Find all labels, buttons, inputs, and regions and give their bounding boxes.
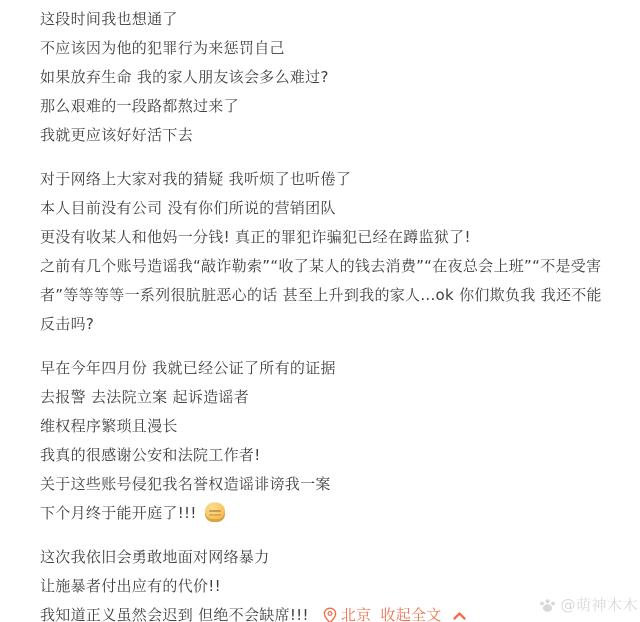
location-label[interactable]: 北京 xyxy=(341,601,372,622)
closing-text: 我知道正义虽然会迟到 但绝不会缺席!!! xyxy=(40,601,309,622)
post-line: 如果放弃生命 我的家人朋友该会多么难过? xyxy=(40,63,614,92)
paragraph-2: 对于网络上大家对我的猜疑 我听烦了也听倦了 本人目前没有公司 没有你们所说的营销… xyxy=(40,165,614,339)
collapse-full-text-button[interactable]: 收起全文 xyxy=(380,601,441,622)
post-line: 不应该因为他的犯罪行为来惩罚自己 xyxy=(40,34,614,63)
post-line: 本人目前没有公司 没有你们所说的营销团队 xyxy=(40,194,614,223)
paragraph-3: 早在今年四月份 我就已经公证了所有的证据 去报警 去法院立案 起诉造谣者 维权程… xyxy=(40,354,614,528)
paw-icon xyxy=(538,596,557,614)
watermark: @萌神木木 xyxy=(538,594,638,615)
chevron-up-icon[interactable] xyxy=(452,610,467,622)
post-line: 对于网络上大家对我的猜疑 我听烦了也听倦了 xyxy=(40,165,614,194)
post-line: 维权程序繁琐且漫长 xyxy=(40,412,614,441)
post-line: 这段时间我也想通了 xyxy=(40,5,614,34)
post-line: 我就更应该好好活下去 xyxy=(40,121,614,150)
paragraph-1: 这段时间我也想通了 不应该因为他的犯罪行为来惩罚自己 如果放弃生命 我的家人朋友… xyxy=(40,5,614,150)
location-pin-icon xyxy=(323,607,337,622)
post-screenshot: 这段时间我也想通了 不应该因为他的犯罪行为来惩罚自己 如果放弃生命 我的家人朋友… xyxy=(0,0,640,622)
post-line: 关于这些账号侵犯我名誉权造谣诽谤我一案 xyxy=(40,470,614,499)
post-line: 这次我依旧会勇敢地面对网络暴力 xyxy=(40,543,614,572)
fist-emoji xyxy=(205,502,225,522)
post-line: 之前有几个账号造谣我“敲诈勒索”“收了某人的钱去消费”“在夜总会上班”“不是受害… xyxy=(40,252,614,339)
post-line: 那么艰难的一段路都熬过来了 xyxy=(40,92,614,121)
post-meta: 北京 收起全文 xyxy=(323,601,467,622)
watermark-handle: @萌神木木 xyxy=(560,594,638,615)
post-line: 去报警 去法院立案 起诉造谣者 xyxy=(40,383,614,412)
post-line: 更没有收某人和他妈一分钱! 真正的罪犯诈骗犯已经在蹲监狱了! xyxy=(40,223,614,252)
court-date-text: 下个月终于能开庭了!!! xyxy=(40,504,197,522)
post-line: 让施暴者付出应有的代价!! xyxy=(40,572,614,601)
post-footer-line: 我知道正义虽然会迟到 但绝不会缺席!!! 北京 收起全文 xyxy=(40,601,614,622)
paragraph-4: 这次我依旧会勇敢地面对网络暴力 让施暴者付出应有的代价!! 我知道正义虽然会迟到… xyxy=(40,543,614,622)
post-line: 下个月终于能开庭了!!! xyxy=(40,499,614,528)
post-line: 早在今年四月份 我就已经公证了所有的证据 xyxy=(40,354,614,383)
post-body: 这段时间我也想通了 不应该因为他的犯罪行为来惩罚自己 如果放弃生命 我的家人朋友… xyxy=(0,0,640,622)
post-line: 我真的很感谢公安和法院工作者! xyxy=(40,441,614,470)
